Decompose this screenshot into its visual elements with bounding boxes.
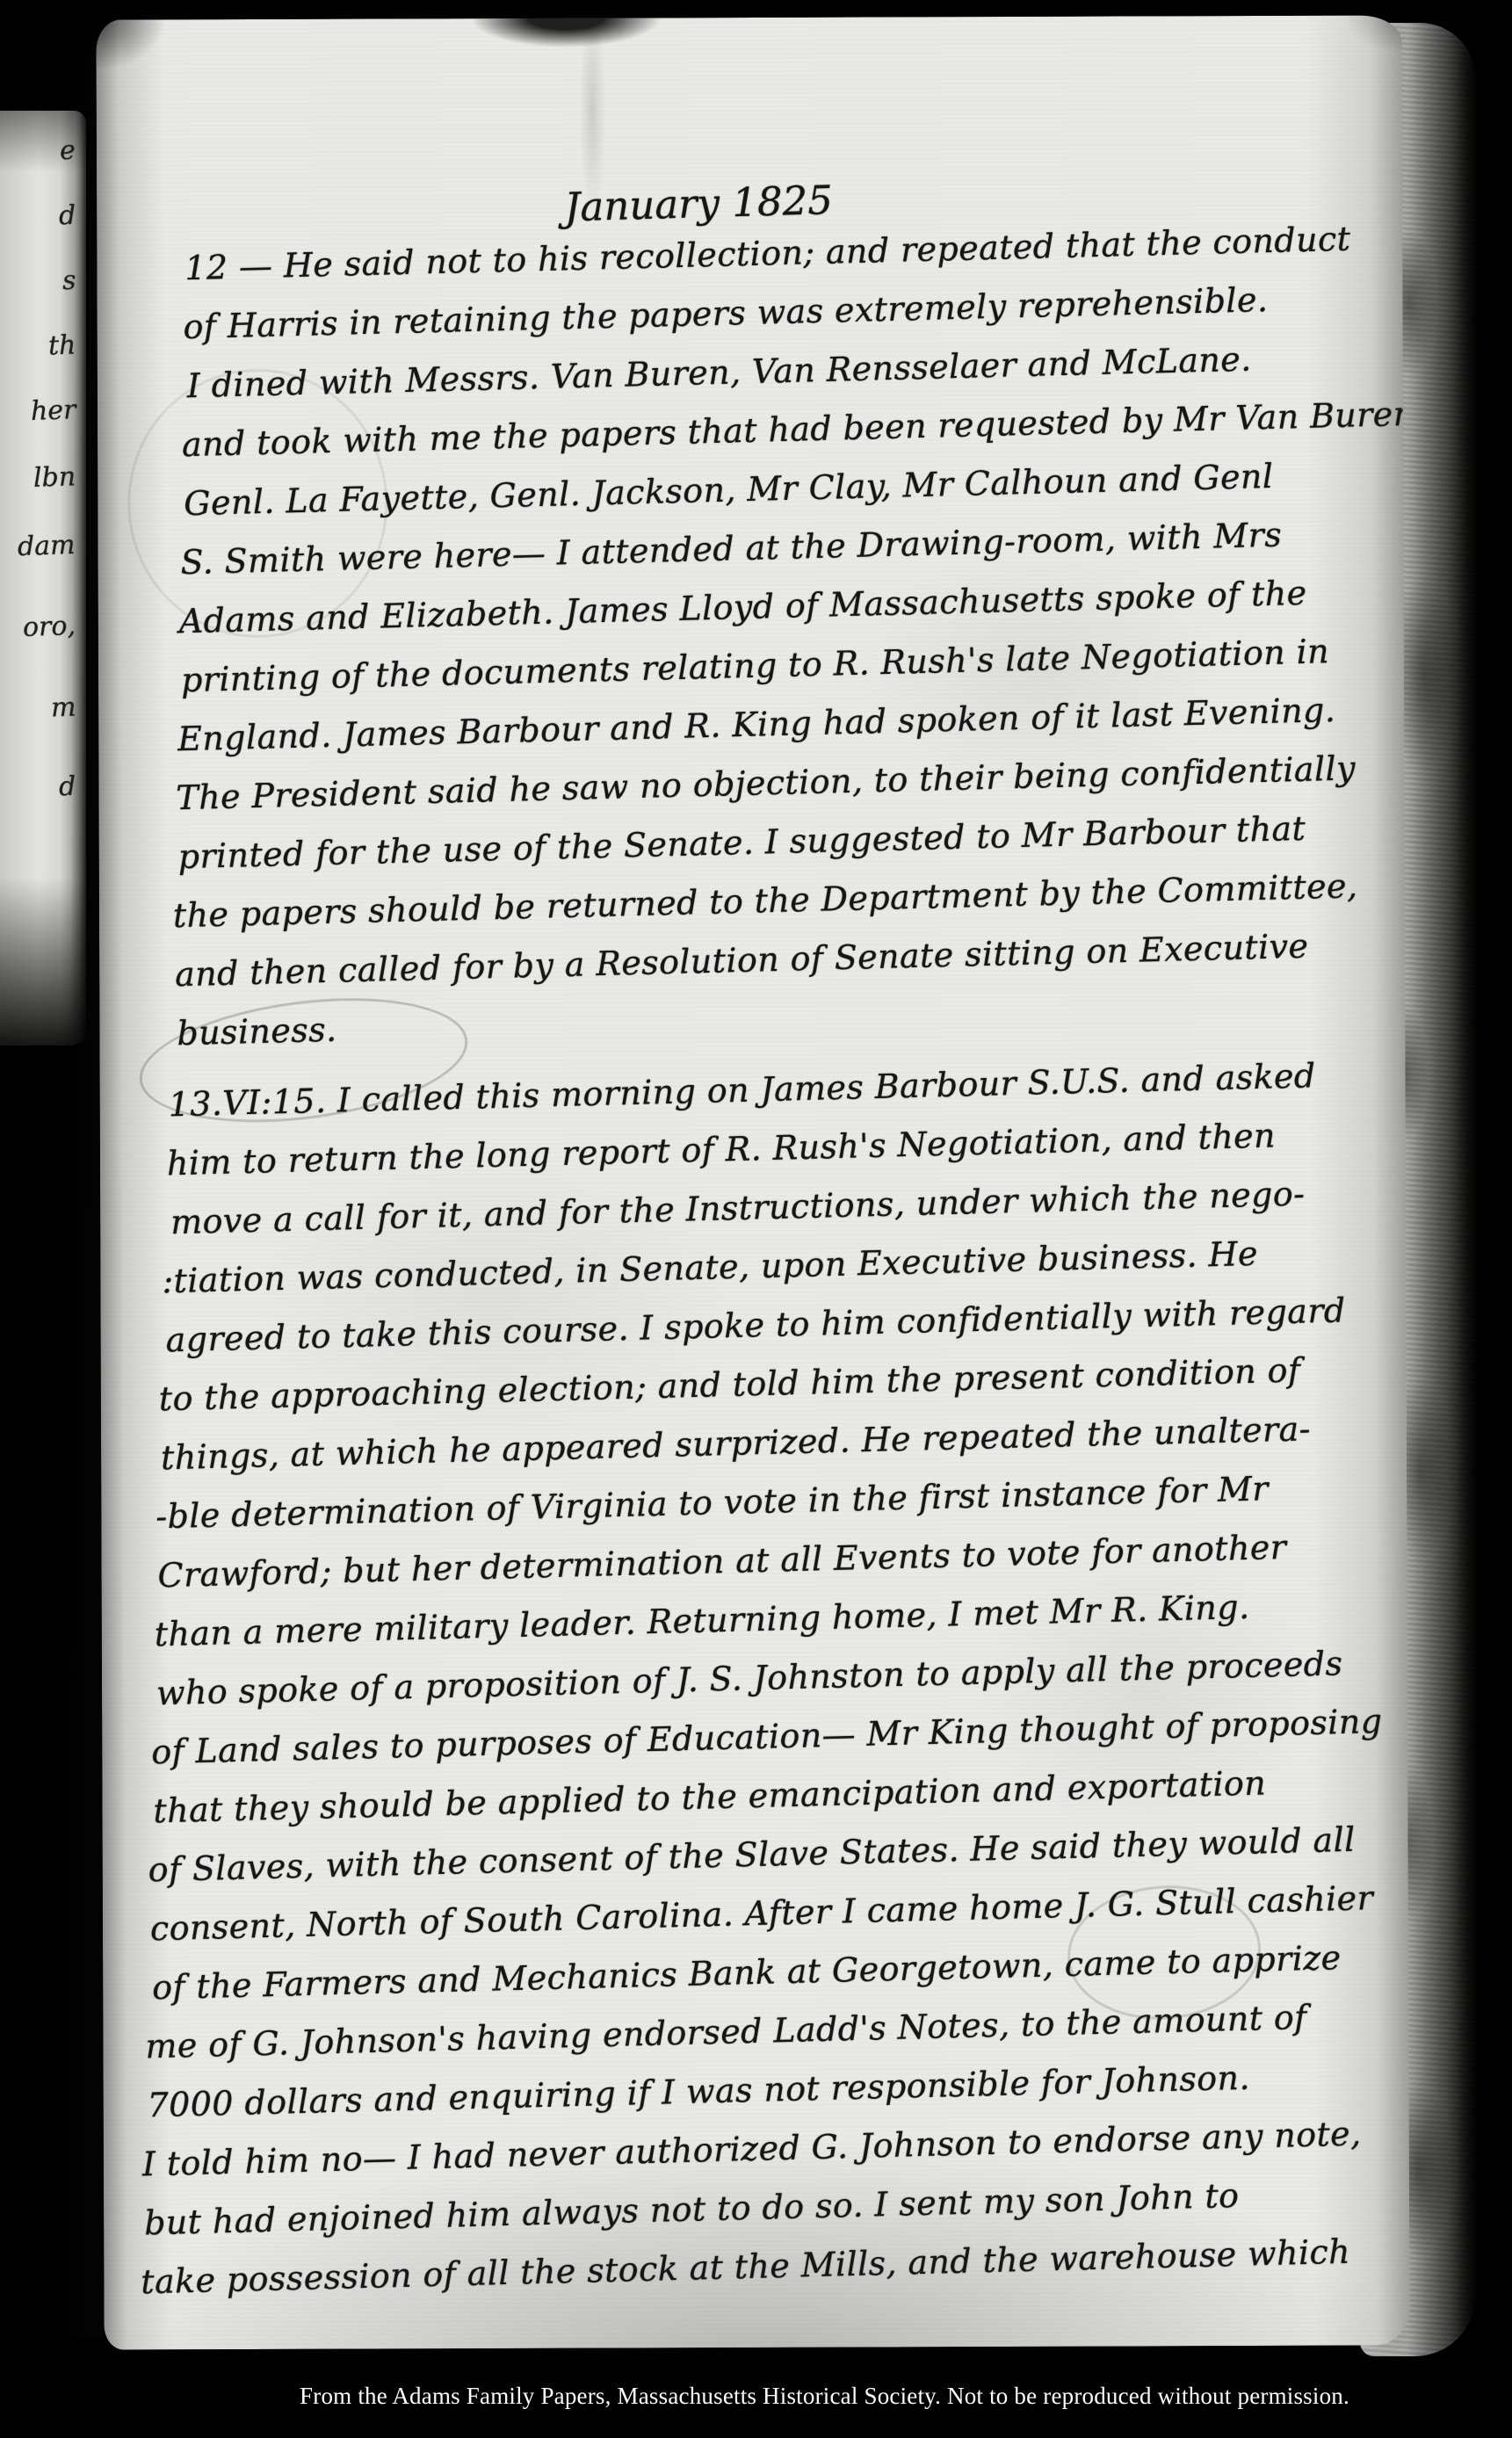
marginalia-fragment: dam xyxy=(18,530,76,562)
marginalia-fragment: oro, xyxy=(22,611,76,643)
marginalia-fragment: her xyxy=(30,394,76,427)
marginalia-fragment: d xyxy=(58,200,76,232)
diary-entry-text: January 1825 12 — He said not to his rec… xyxy=(177,165,1377,2312)
marginalia-fragment: e xyxy=(60,135,76,167)
marginalia-fragment: th xyxy=(47,329,76,361)
archive-credit-caption: From the Adams Family Papers, Massachuse… xyxy=(300,2383,1349,2410)
marginalia-fragment: lbn xyxy=(33,461,76,494)
manuscript-page: January 1825 12 — He said not to his rec… xyxy=(96,15,1409,2349)
